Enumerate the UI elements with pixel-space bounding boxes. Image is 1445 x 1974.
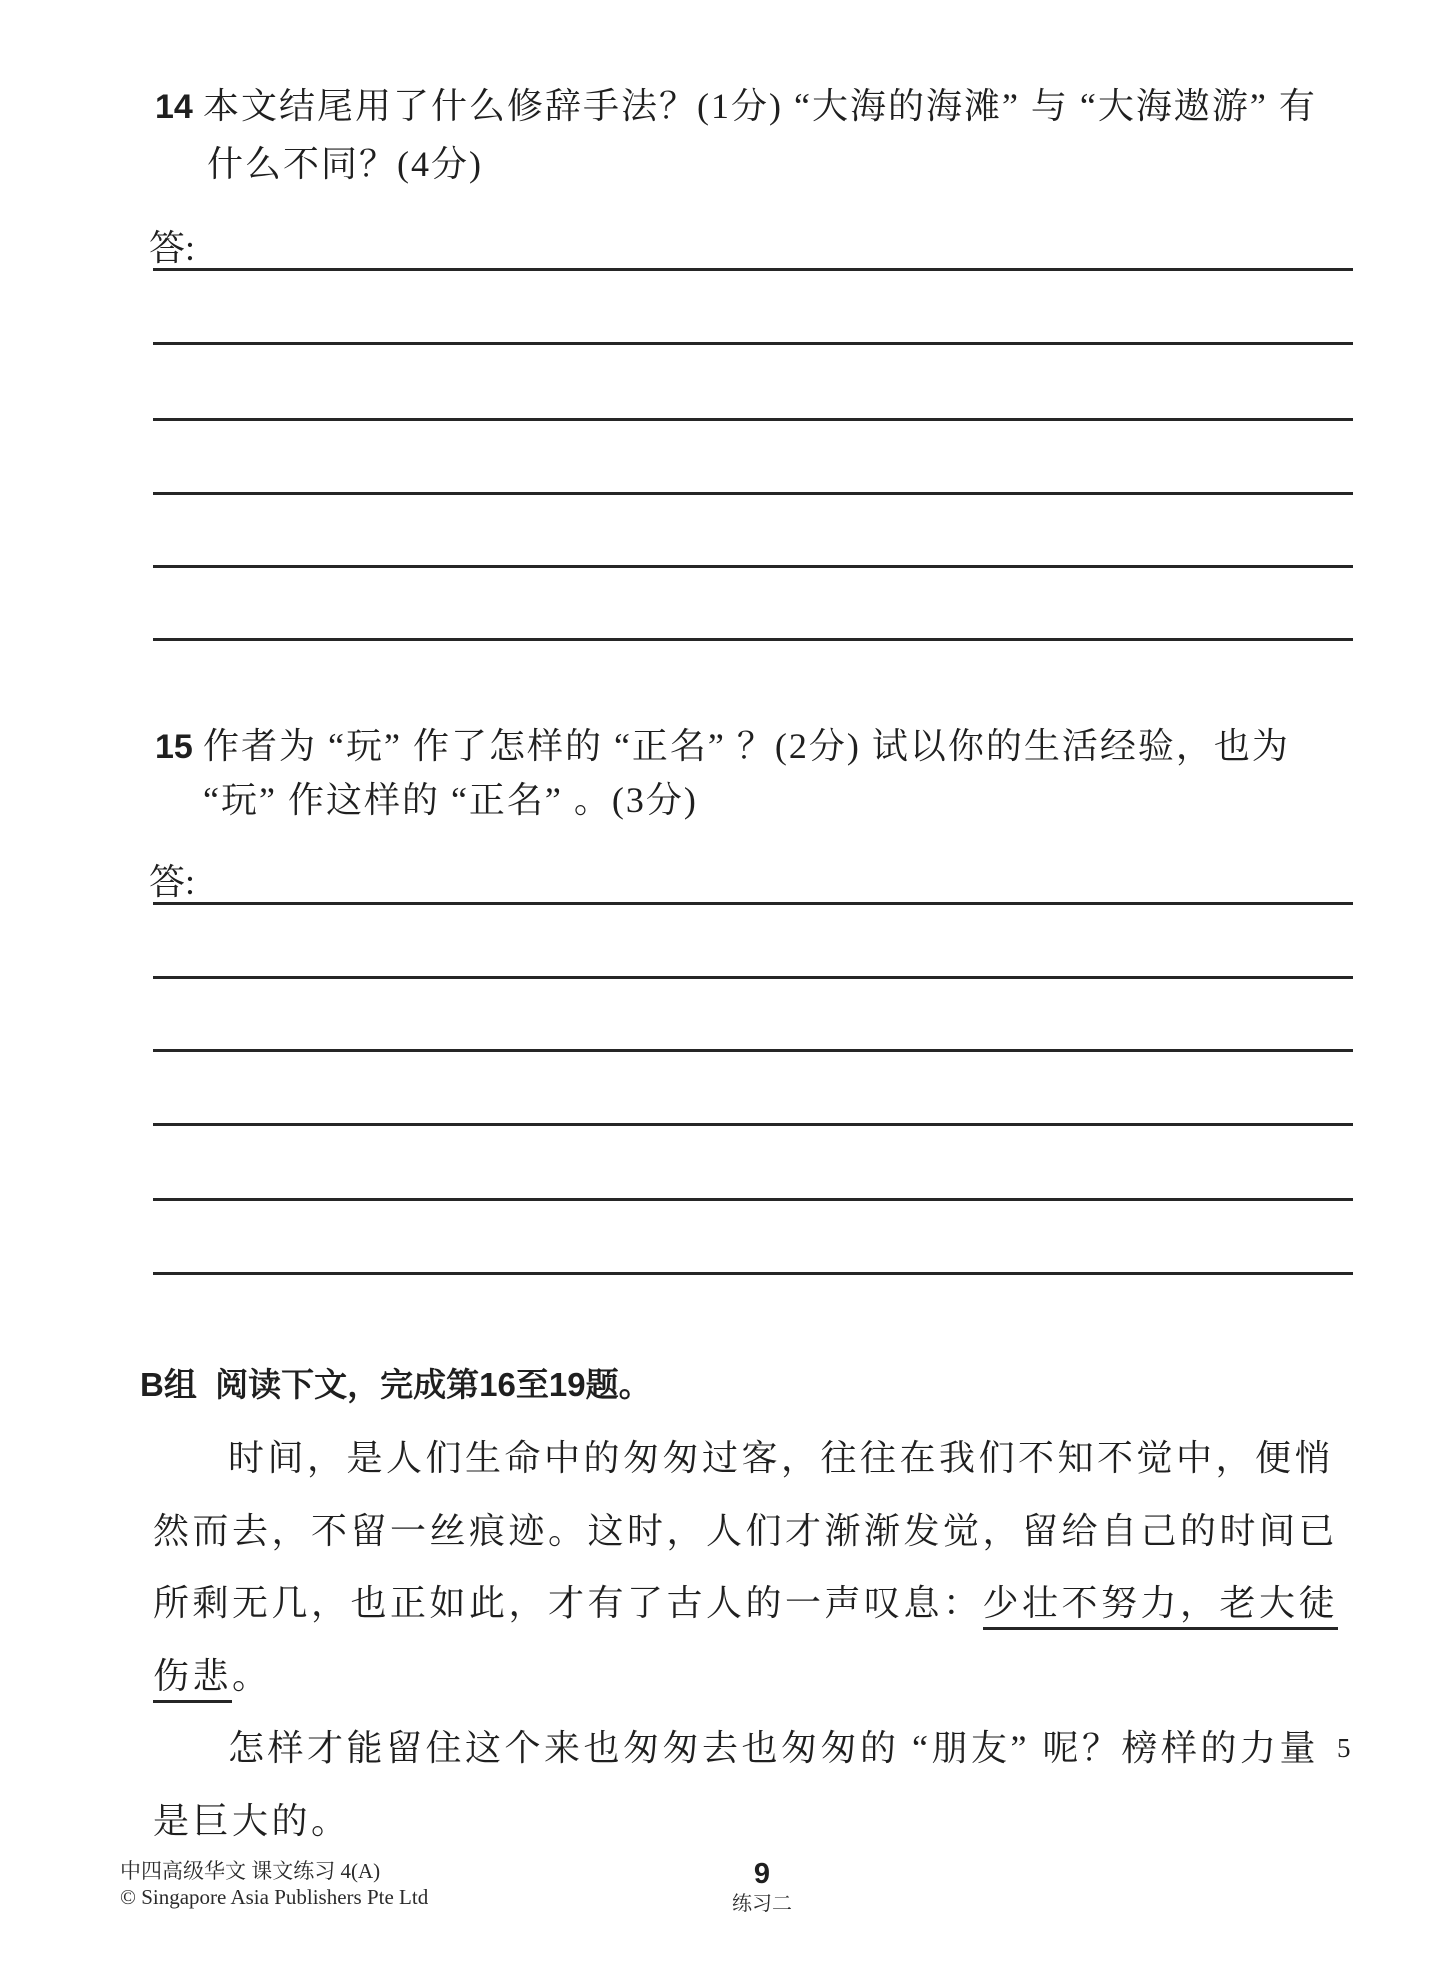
question-15-answer-label: 答: [149, 860, 195, 904]
answer-line [153, 1123, 1353, 1126]
answer-line [153, 1049, 1353, 1052]
section-b-heading: B组 阅读下文，完成第16至19题。 [140, 1364, 652, 1406]
answer-line [153, 268, 1353, 271]
question-14-answer-label: 答: [149, 226, 195, 270]
answer-line [153, 1198, 1353, 1201]
answer-line [153, 342, 1353, 345]
passage-underlined-quote: 少壮不努力，老大徒 [983, 1583, 1339, 1630]
passage-underlined-quote: 伤悲 [153, 1656, 232, 1703]
passage-line: 时间，是人们生命中的匆匆过客，往往在我们不知不觉中，便悄 [228, 1433, 1334, 1483]
passage-line: 怎样才能留住这个来也匆匆去也匆匆的 “朋友” 呢？榜样的力量 [228, 1723, 1319, 1773]
answer-line [153, 418, 1353, 421]
question-15-text-line-1: 作者为 “玩” 作了怎样的 “正名” ？(2分) 试以你的生活经验，也为 [203, 722, 1290, 770]
question-15-number: 15 [155, 724, 193, 770]
answer-line [153, 638, 1353, 641]
footer-copyright: © Singapore Asia Publishers Pte Ltd [120, 1884, 428, 1910]
answer-line [153, 1272, 1353, 1275]
page-number: 9 [662, 1858, 862, 1890]
passage-text-segment: 所剩无几，也正如此，才有了古人的一声叹息： [153, 1583, 983, 1623]
question-14-text-line-1: 本文结尾用了什么修辞手法？(1分) “大海的海滩” 与 “大海遨游” 有 [203, 82, 1317, 130]
question-14-number: 14 [155, 84, 193, 130]
answer-line [153, 492, 1353, 495]
passage-text-segment: 。 [232, 1656, 272, 1696]
passage-line-number-5: 5 [1337, 1731, 1351, 1765]
answer-line [153, 902, 1353, 905]
worksheet-page: 14 本文结尾用了什么修辞手法？(1分) “大海的海滩” 与 “大海遨游” 有 … [0, 0, 1445, 1974]
passage-line: 伤悲。 [153, 1651, 272, 1701]
footer-exercise-label: 练习二 [662, 1892, 862, 1916]
question-14-text-line-2: 什么不同？(4分) [207, 140, 483, 188]
passage-line: 是巨大的。 [153, 1796, 351, 1846]
question-15-text-line-2: “玩” 作这样的 “正名” 。(3分) [203, 776, 698, 824]
answer-line [153, 565, 1353, 568]
passage-line: 然而去，不留一丝痕迹。这时，人们才渐渐发觉，留给自己的时间已 [153, 1506, 1338, 1556]
footer-book-title: 中四高级华文 课文练习 4(A) [120, 1858, 380, 1884]
passage-line: 所剩无几，也正如此，才有了古人的一声叹息：少壮不努力，老大徒 [153, 1578, 1338, 1628]
answer-line [153, 976, 1353, 979]
